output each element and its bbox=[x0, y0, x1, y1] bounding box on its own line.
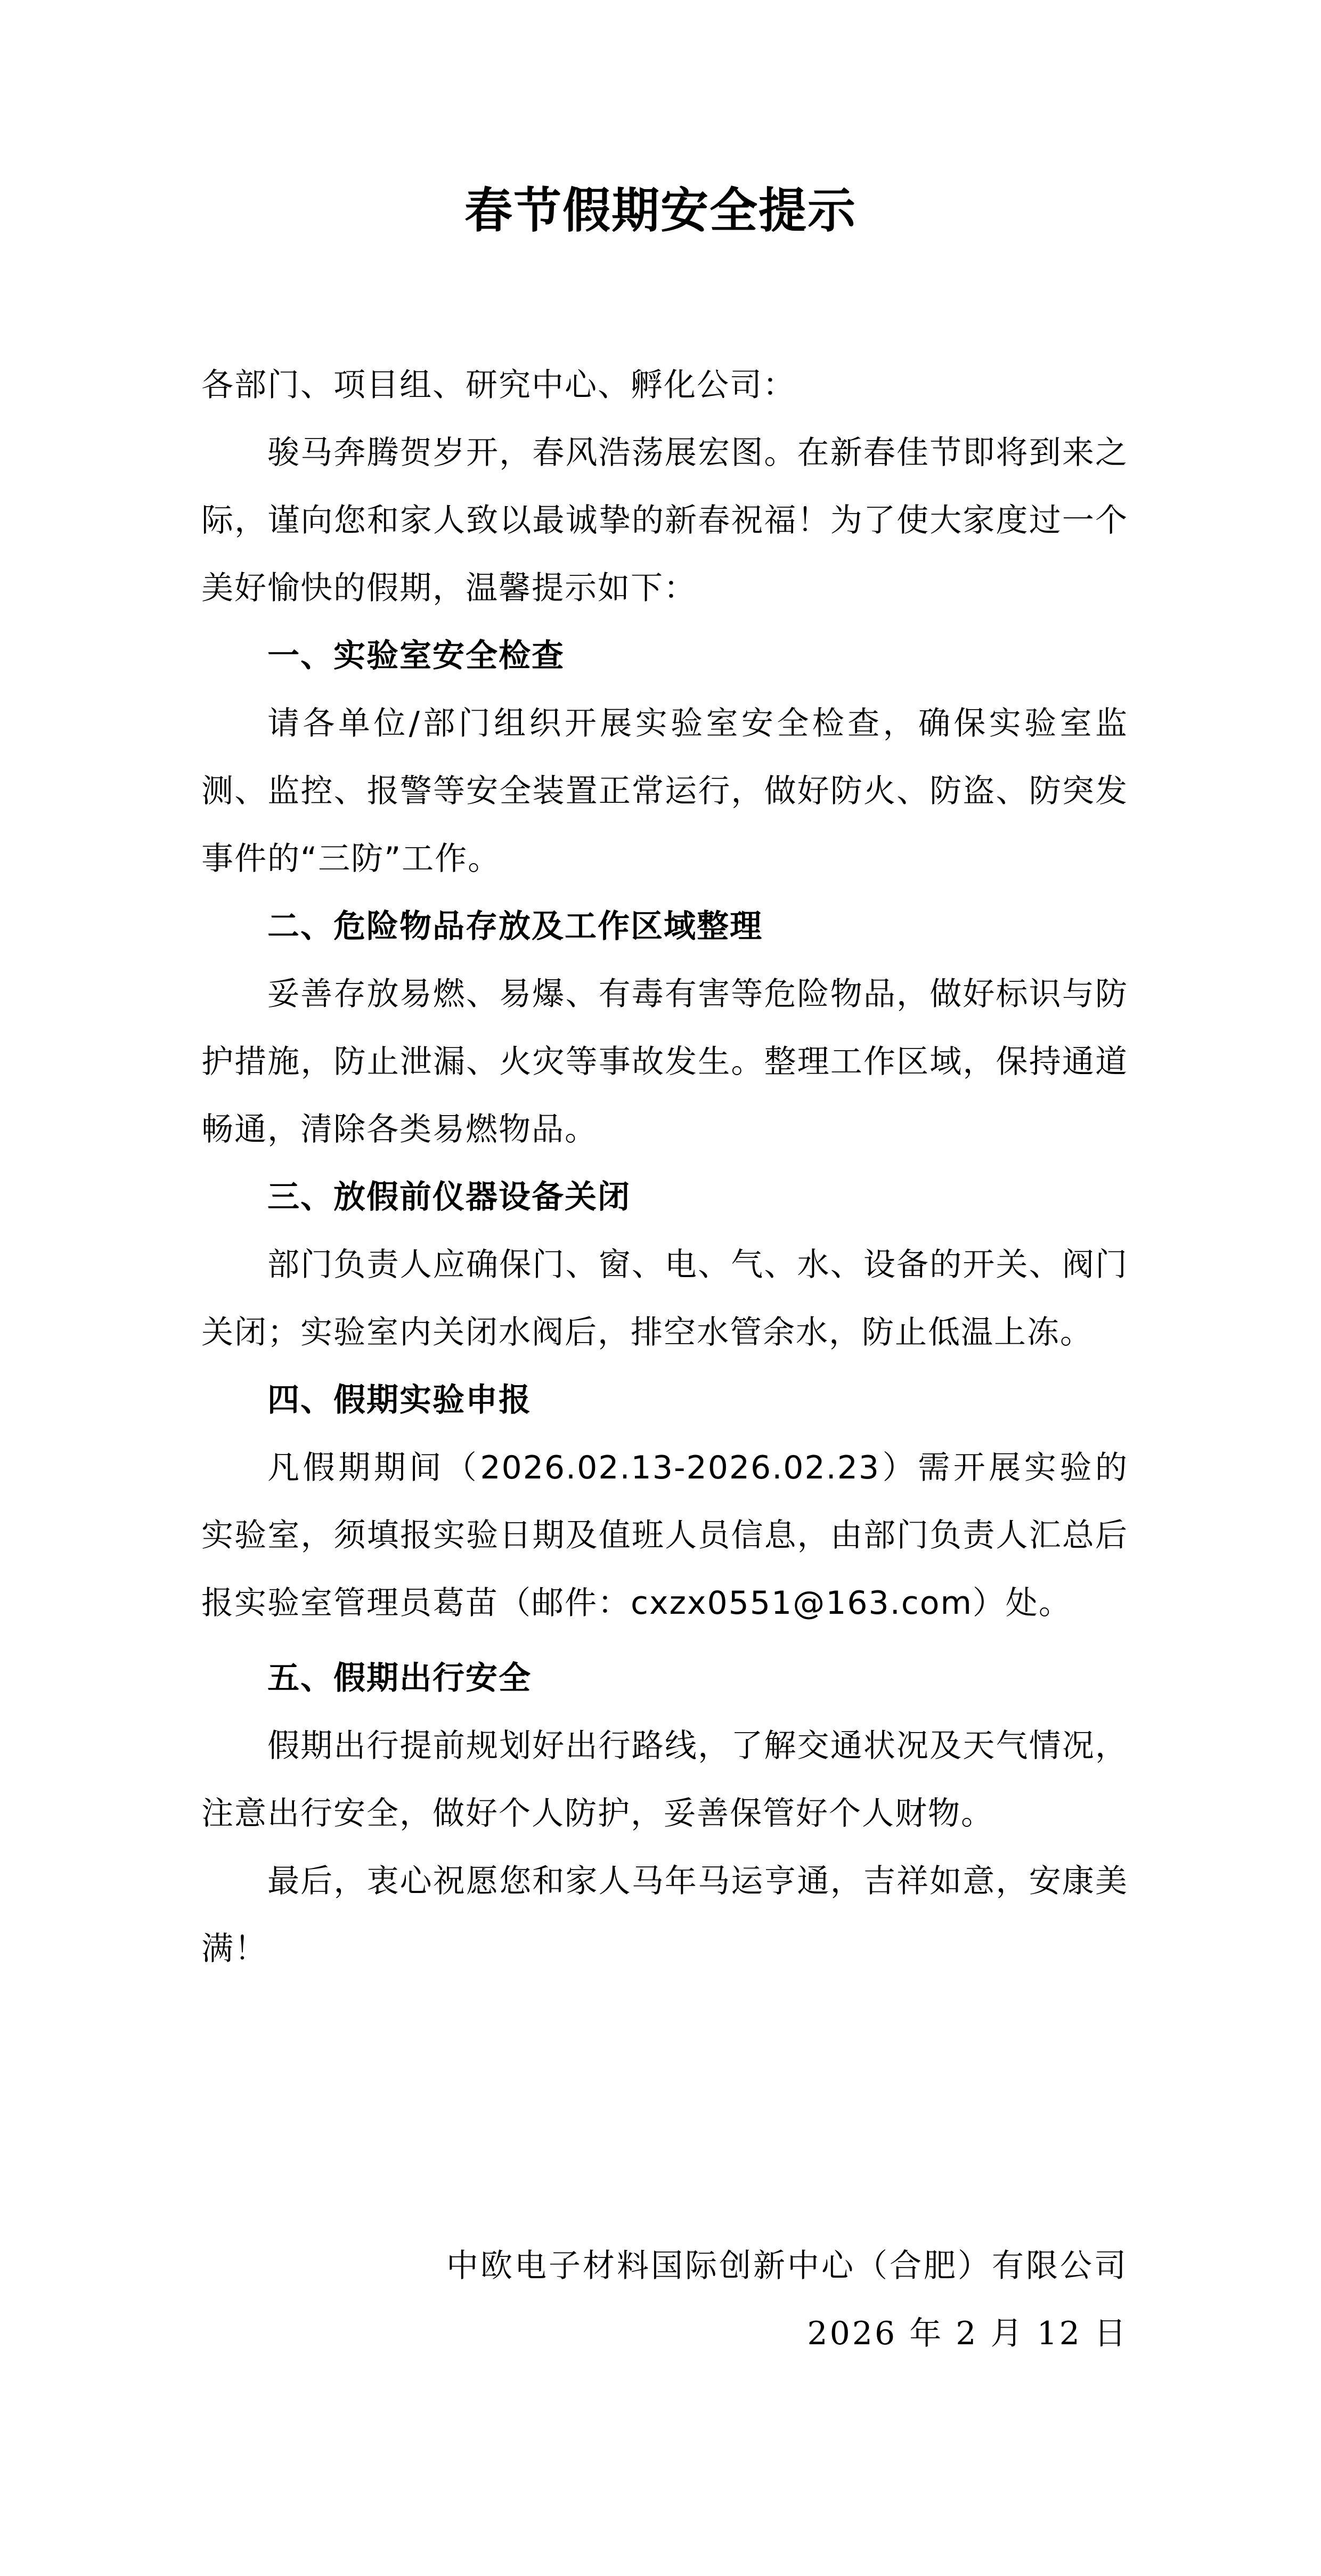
document-body: 各部门、项目组、研究中心、孵化公司： 骏马奔腾贺岁开，春风浩荡展宏图。在新春佳节… bbox=[201, 352, 1128, 1983]
closing-paragraph: 最后，衷心祝愿您和家人马年马运亨通，吉祥如意，安康美满！ bbox=[201, 1848, 1128, 1983]
section-body-3: 部门负责人应确保门、窗、电、气、水、设备的开关、阀门关闭；实验室内关闭水阀后，排… bbox=[201, 1231, 1128, 1367]
section-heading-2: 二、危险物品存放及工作区域整理 bbox=[201, 893, 1128, 961]
spacer bbox=[201, 1637, 1128, 1645]
section-heading-3: 三、放假前仪器设备关闭 bbox=[201, 1164, 1128, 1231]
signature-date: 2026 年 2 月 12 日 bbox=[446, 2300, 1128, 2368]
intro-paragraph: 骏马奔腾贺岁开，春风浩荡展宏图。在新春佳节即将到来之际，谨向您和家人致以最诚挚的… bbox=[201, 419, 1128, 622]
section-body-1: 请各单位/部门组织开展实验室安全检查，确保实验室监测、监控、报警等安全装置正常运… bbox=[201, 690, 1128, 893]
section-heading-4: 四、假期实验申报 bbox=[201, 1367, 1128, 1434]
section-body-4: 凡假期期间（2026.02.13-2026.02.23）需开展实验的实验室，须填… bbox=[201, 1434, 1128, 1637]
section-heading-5: 五、假期出行安全 bbox=[201, 1645, 1128, 1712]
signature-block: 中欧电子材料国际创新中心（合肥）有限公司 2026 年 2 月 12 日 bbox=[446, 2232, 1128, 2368]
section-heading-1: 一、实验室安全检查 bbox=[201, 622, 1128, 690]
document-page: 春节假期安全提示 各部门、项目组、研究中心、孵化公司： 骏马奔腾贺岁开，春风浩荡… bbox=[0, 0, 1321, 2576]
section-body-2: 妥善存放易燃、易爆、有毒有害等危险物品，做好标识与防护措施，防止泄漏、火灾等事故… bbox=[201, 961, 1128, 1164]
signature-organization: 中欧电子材料国际创新中心（合肥）有限公司 bbox=[446, 2232, 1128, 2300]
document-title: 春节假期安全提示 bbox=[0, 178, 1321, 242]
salutation: 各部门、项目组、研究中心、孵化公司： bbox=[201, 352, 1128, 419]
section-body-5: 假期出行提前规划好出行路线，了解交通状况及天气情况，注意出行安全，做好个人防护，… bbox=[201, 1712, 1128, 1848]
